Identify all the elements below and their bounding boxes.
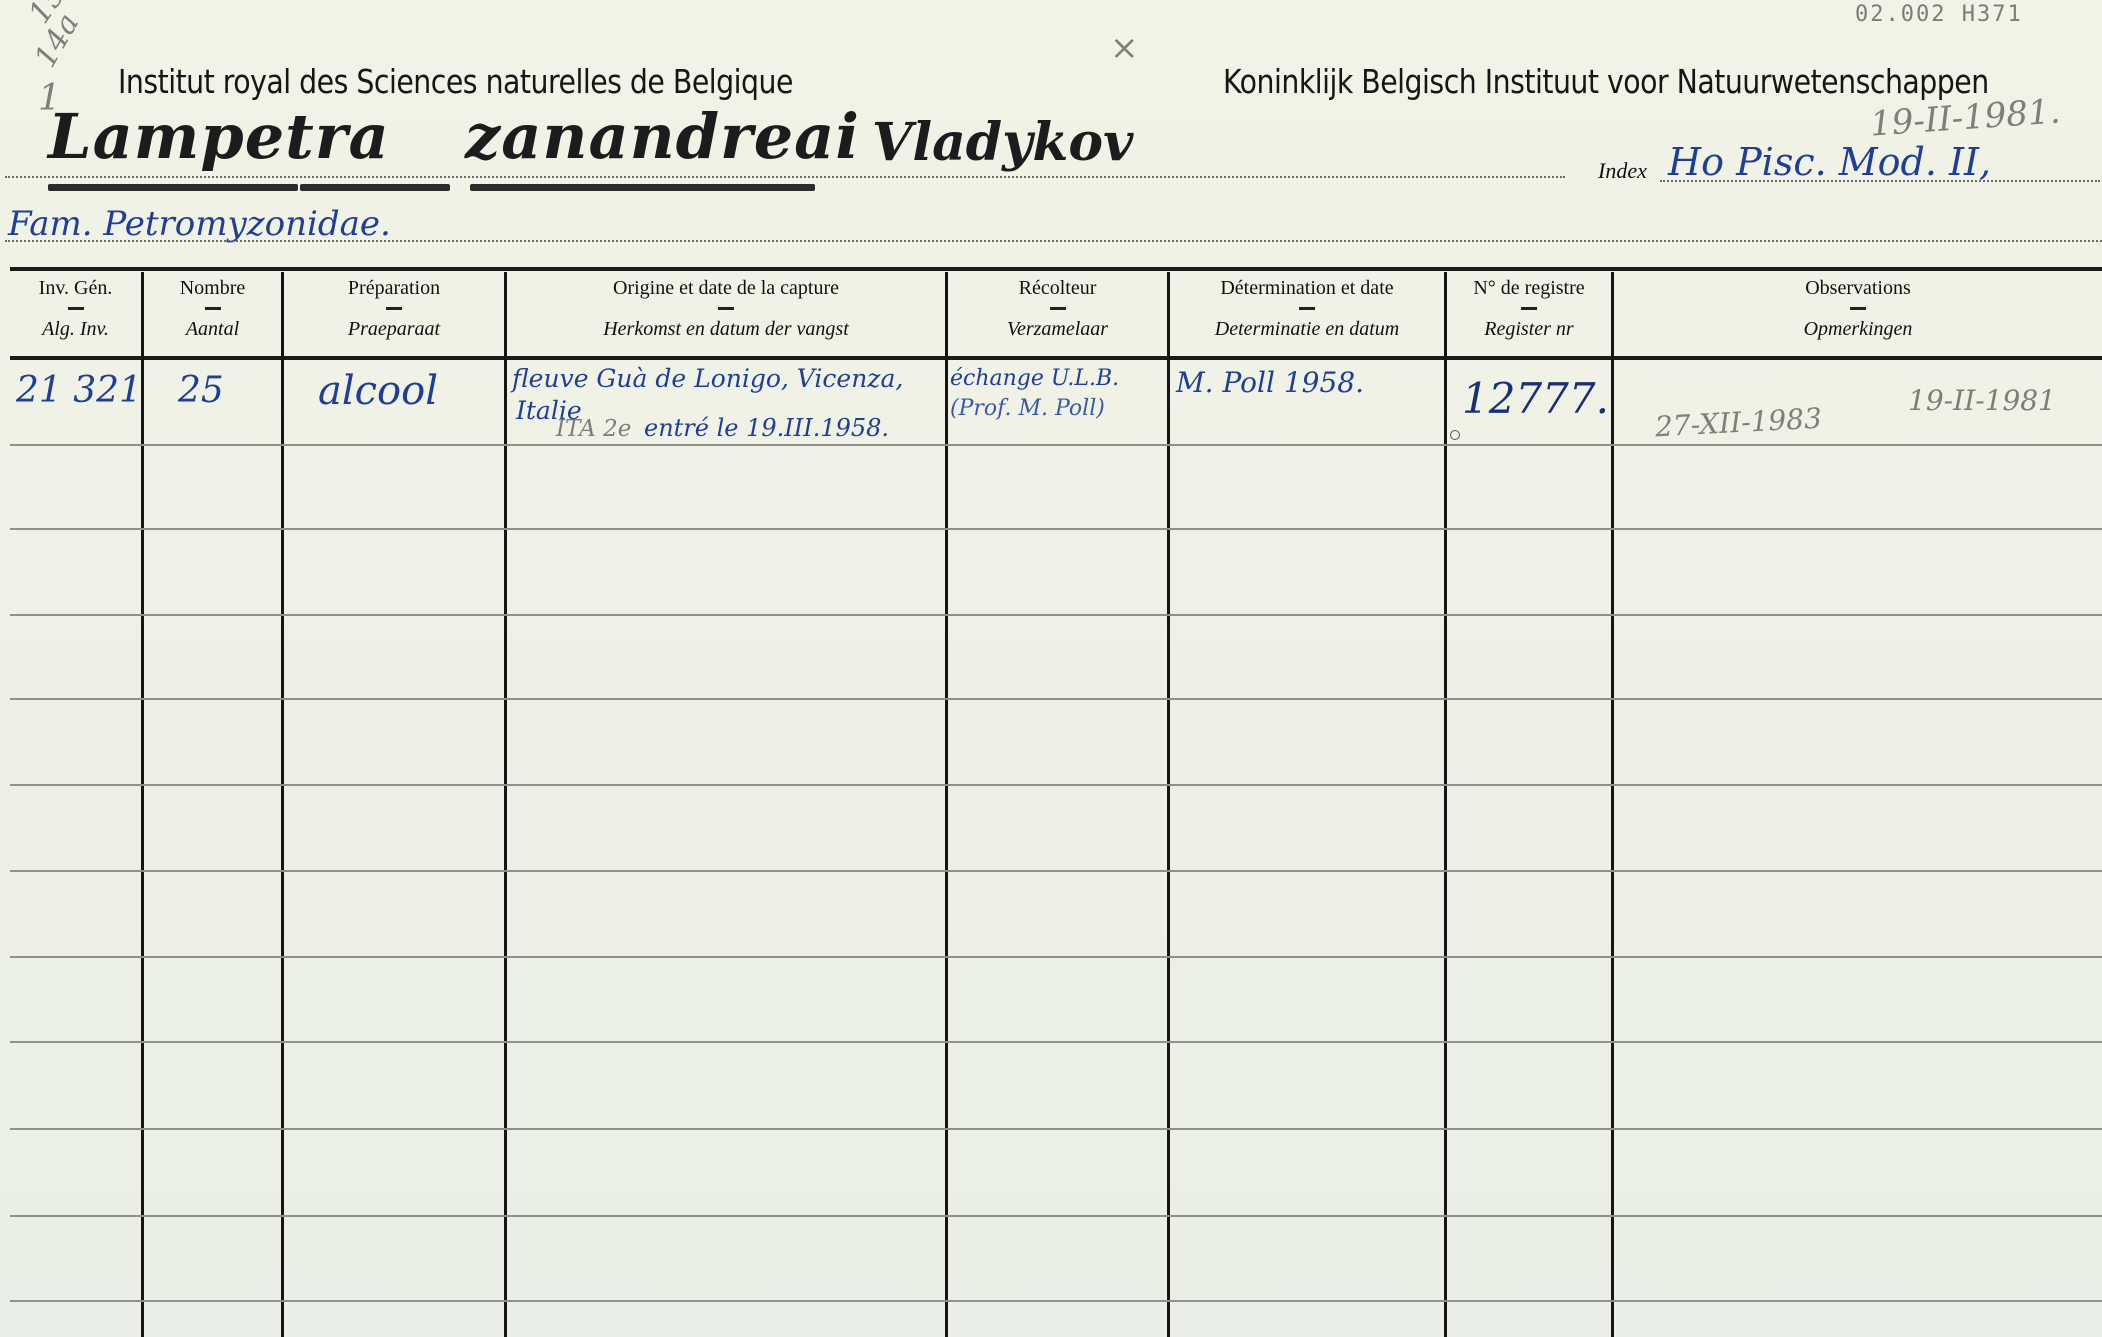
col-header-fr: Inv. Gén.: [10, 278, 141, 298]
genus-underline: [48, 184, 298, 191]
header-dash: [205, 307, 221, 310]
registre-circle-mark: [1450, 430, 1460, 440]
col-divider-5: [1167, 272, 1170, 1337]
col-header-nl: Herkomst en datum der vangst: [507, 319, 945, 339]
row-line: [10, 1041, 2102, 1043]
col-header-nl: Alg. Inv.: [10, 319, 141, 339]
cell-origine-line1: fleuve Guà de Lonigo, Vicenza,: [512, 364, 903, 393]
cell-determination: M. Poll 1958.: [1176, 366, 1364, 399]
row-line: [10, 870, 2102, 872]
institute-name-fr: Institut royal des Sciences naturelles d…: [118, 62, 793, 101]
cell-preparation: alcool: [318, 368, 438, 414]
cell-observations-pencil-2: 19-II-1981: [1908, 384, 2056, 417]
col-header-fr: N° de registre: [1447, 278, 1611, 298]
header-dash: [718, 307, 734, 310]
cell-recolteur-line2: (Prof. M. Poll): [950, 396, 1105, 421]
col-divider-4: [945, 272, 948, 1337]
table-top-rule: [10, 267, 2102, 271]
header-dash: [386, 307, 402, 310]
cell-recolteur-line1: échange U.L.B.: [950, 366, 1119, 391]
cell-observations-pencil-1: 27-XII-1983: [1654, 402, 1822, 444]
col-divider-6: [1444, 272, 1447, 1337]
title-dotted-line: [5, 176, 1565, 178]
catalog-code: 02.002 H371: [1855, 2, 2023, 27]
species-epithet: zanandreai: [465, 100, 860, 173]
row-line: [10, 1300, 2102, 1302]
col-header-fr: Origine et date de la capture: [507, 278, 945, 298]
genus-underline-2: [300, 184, 450, 191]
col-header-nl: Praeparaat: [284, 319, 504, 339]
col-divider-2: [281, 272, 284, 1337]
cell-nombre: 25: [178, 370, 224, 411]
index-card: 15c 14a 1 × 02.002 H371 Institut royal d…: [0, 0, 2102, 1337]
header-dash: [68, 307, 84, 310]
col-divider-1: [141, 272, 144, 1337]
col-header-nl: Register nr: [1447, 319, 1611, 339]
col-header-fr: Récolteur: [948, 278, 1167, 298]
col-header-preparation: Préparation Praeparaat: [284, 274, 504, 360]
institute-name-nl: Koninklijk Belgisch Instituut voor Natuu…: [1223, 62, 1989, 101]
index-dotted-line: [1660, 180, 2100, 182]
family-dotted-line: [5, 240, 2102, 242]
pencil-cross-mark: ×: [1110, 28, 1139, 68]
col-header-nl: Determinatie en datum: [1170, 319, 1444, 339]
family-name: Fam. Petromyzonidae.: [8, 204, 391, 244]
col-header-fr: Observations: [1614, 278, 2102, 298]
row-line: [10, 698, 2102, 700]
col-header-nl: Opmerkingen: [1614, 319, 2102, 339]
cell-registre: 12777.: [1462, 374, 1609, 423]
row-line: [10, 784, 2102, 786]
col-header-observations: Observations Opmerkingen: [1614, 274, 2102, 360]
index-label: Index: [1598, 158, 1647, 184]
species-author: Vladykov: [872, 112, 1133, 173]
header-dash: [1299, 307, 1315, 310]
row-line: [10, 444, 2102, 446]
col-header-origine: Origine et date de la capture Herkomst e…: [507, 274, 945, 360]
row-line: [10, 1128, 2102, 1130]
cell-inv-gen: 21 321: [16, 370, 142, 411]
header-dash: [1850, 307, 1866, 310]
col-header-nl: Verzamelaar: [948, 319, 1167, 339]
col-header-fr: Nombre: [144, 278, 281, 298]
col-divider-3: [504, 272, 507, 1337]
cell-origine-line3: entré le 19.III.1958.: [644, 414, 889, 442]
col-header-recolteur: Récolteur Verzamelaar: [948, 274, 1167, 360]
row-line: [10, 614, 2102, 616]
cell-origine-pencil: ITA 2e: [556, 416, 631, 442]
col-header-nl: Aantal: [144, 319, 281, 339]
col-header-fr: Détermination et date: [1170, 278, 1444, 298]
header-dash: [1050, 307, 1066, 310]
row-line: [10, 528, 2102, 530]
header-dash: [1521, 307, 1537, 310]
col-header-inv-gen: Inv. Gén. Alg. Inv.: [10, 274, 141, 360]
col-header-determination: Détermination et date Determinatie en da…: [1170, 274, 1444, 360]
index-value: Ho Pisc. Mod. II,: [1668, 140, 1991, 184]
row-line: [10, 1215, 2102, 1217]
col-divider-7: [1611, 272, 1614, 1337]
epithet-underline: [470, 184, 815, 191]
col-header-nombre: Nombre Aantal: [144, 274, 281, 360]
row-line: [10, 956, 2102, 958]
col-header-fr: Préparation: [284, 278, 504, 298]
species-genus: Lampetra: [48, 100, 390, 173]
col-header-registre: N° de registre Register nr: [1447, 274, 1611, 360]
